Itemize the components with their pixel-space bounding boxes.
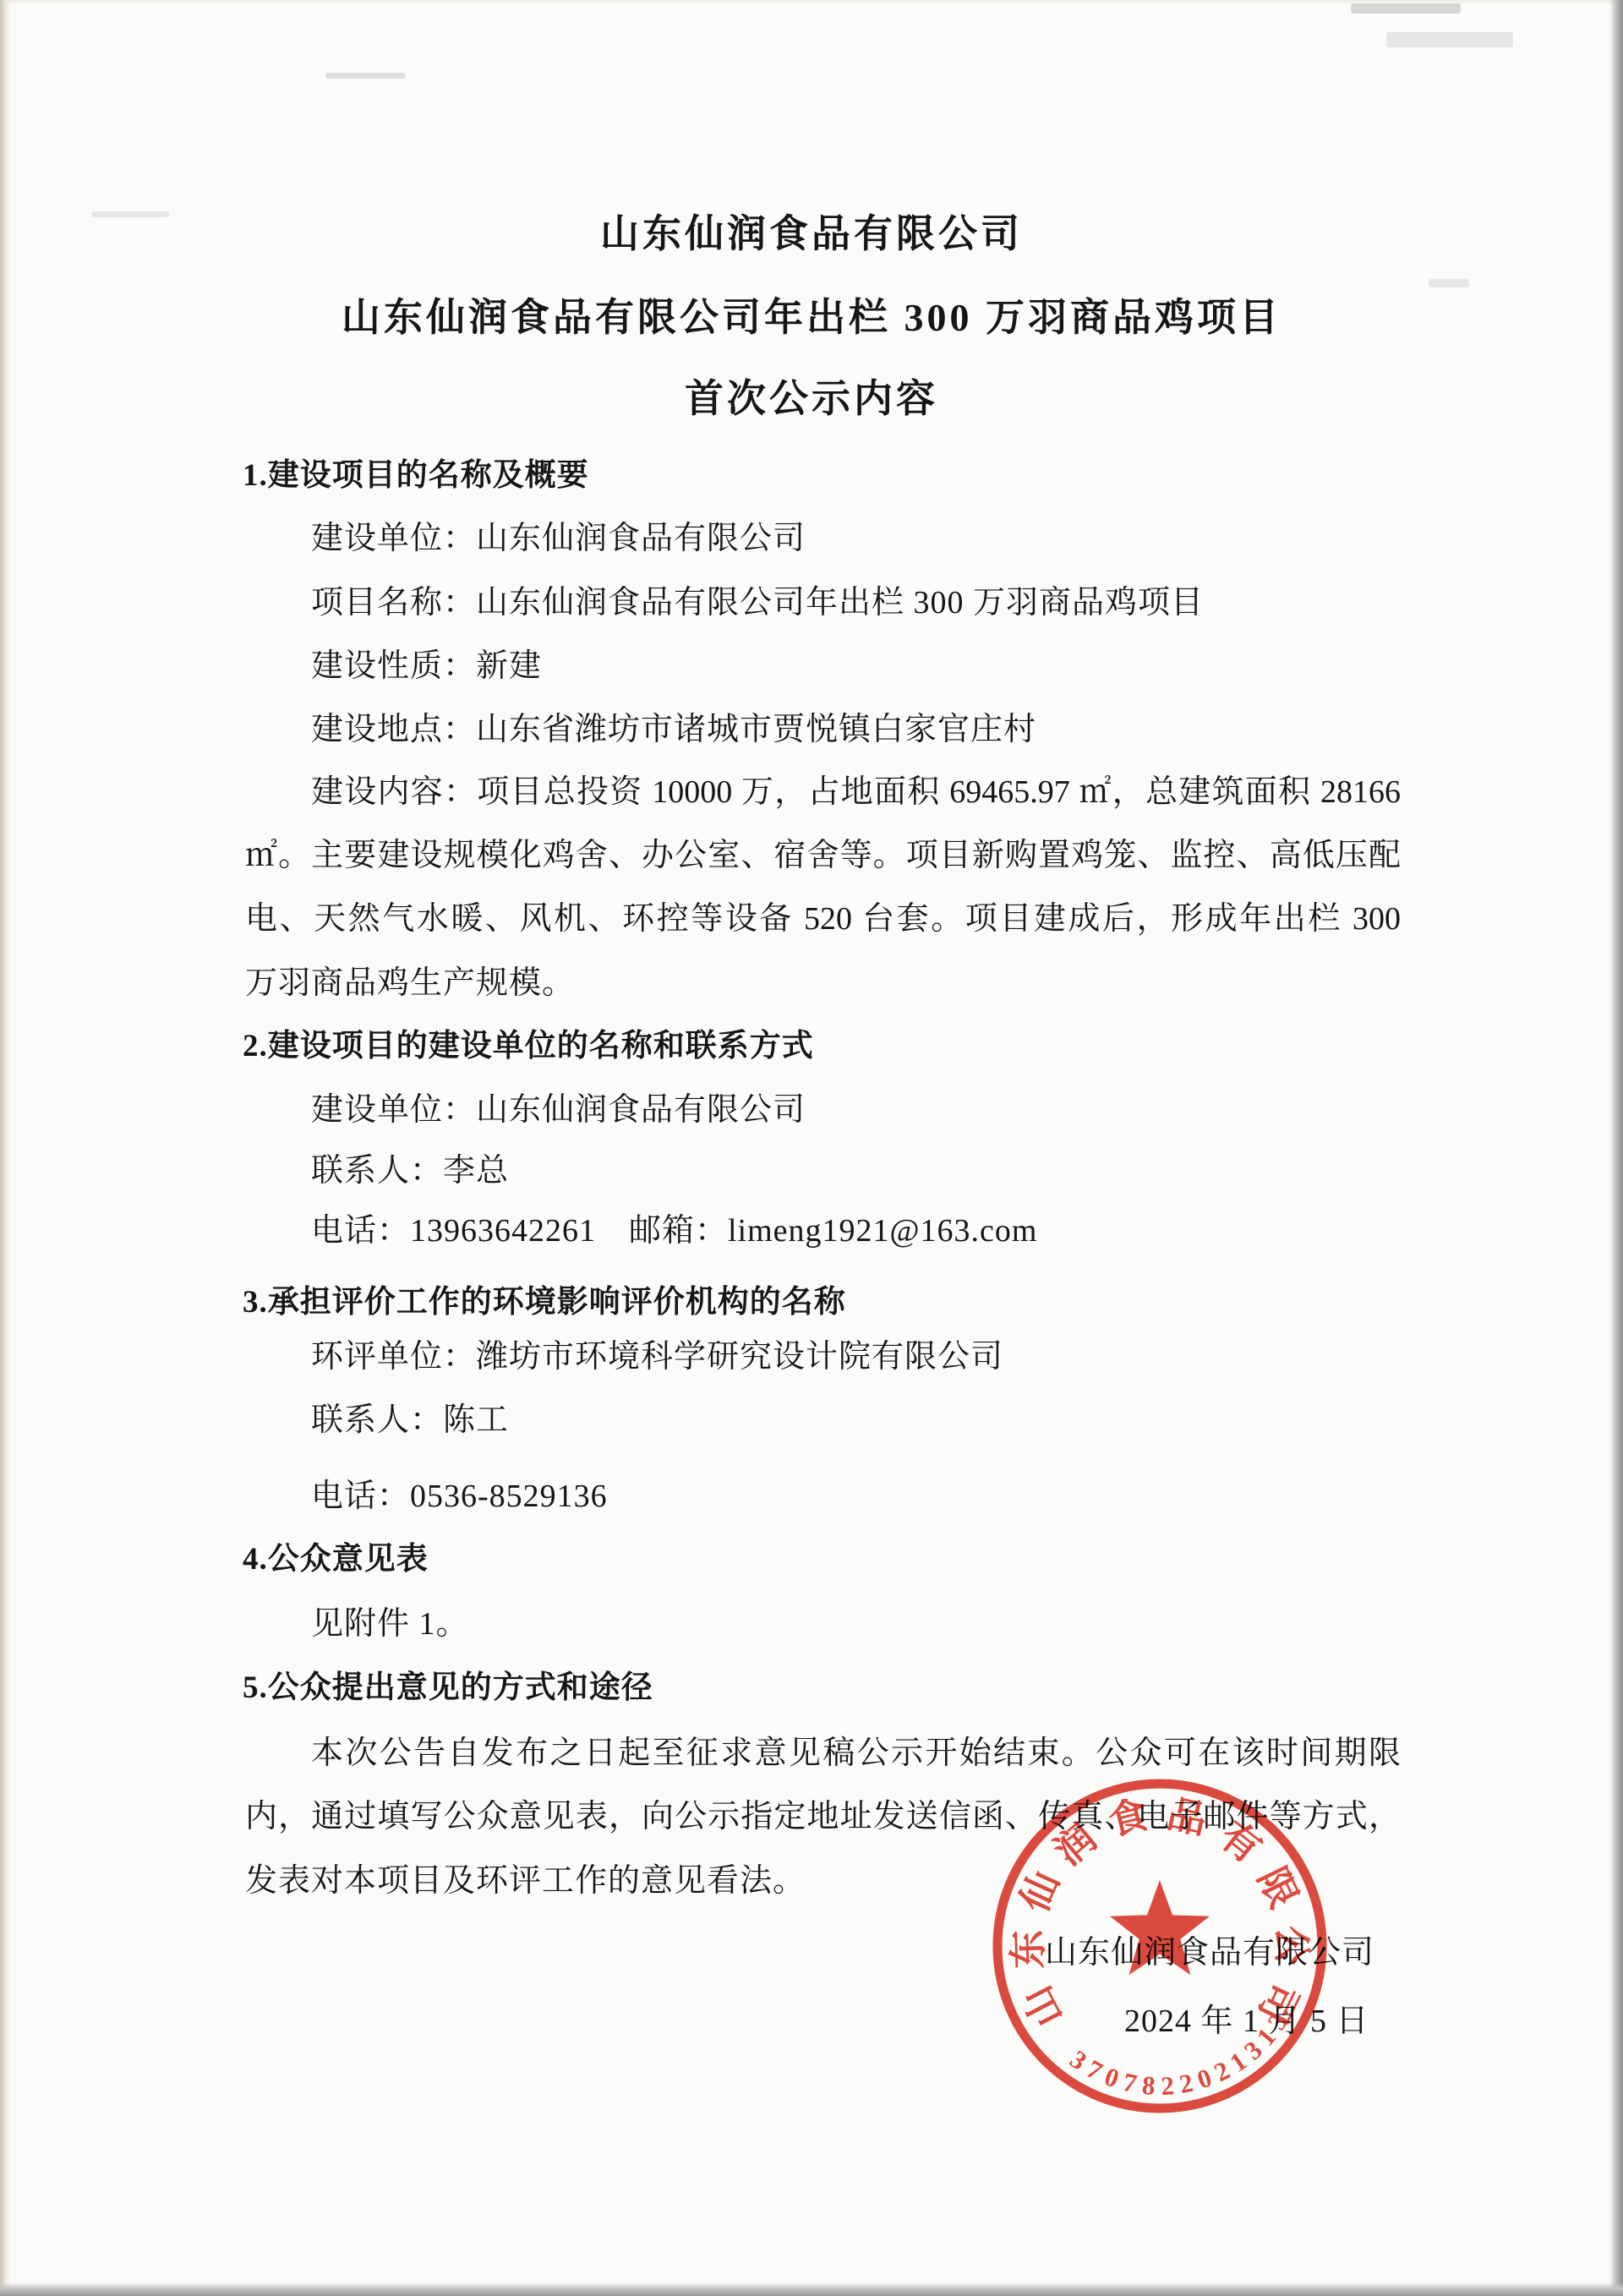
section-1-heading: 1.建设项目的名称及概要 bbox=[243, 456, 589, 495]
scan-edge-left bbox=[0, 0, 10, 2296]
scan-edge-bottom bbox=[0, 2282, 1623, 2296]
project-name-line: 项目名称：山东仙润食品有限公司年出栏 300 万羽商品鸡项目 bbox=[311, 583, 1204, 624]
builder-contact-line: 联系人：李总 bbox=[311, 1151, 509, 1192]
builder-name-line: 建设单位：山东仙润食品有限公司 bbox=[311, 1091, 806, 1131]
project-title: 山东仙润食品有限公司年出栏 300 万羽商品鸡项目 bbox=[0, 293, 1623, 342]
scan-edge-top bbox=[0, 0, 1623, 5]
eia-unit-line: 环评单位：潍坊市环境科学研究设计院有限公司 bbox=[311, 1337, 1003, 1378]
construction-site-line: 建设地点：山东省潍坊市诸城市贾悦镇白家官庄村 bbox=[311, 710, 1036, 751]
section-4-heading: 4.公众意见表 bbox=[243, 1540, 429, 1579]
feedback-period-line-1: 本次公告自发布之日起至征求意见稿公示开始结束。公众可在该时间期限 bbox=[311, 1735, 1401, 1774]
eia-contact-line: 联系人：陈工 bbox=[311, 1401, 509, 1441]
feedback-period-line-3: 发表对本项目及环评工作的意见看法。 bbox=[245, 1861, 806, 1902]
construction-nature-line: 建设性质：新建 bbox=[311, 647, 542, 687]
section-5-heading: 5.公众提出意见的方式和途径 bbox=[243, 1669, 653, 1708]
section-3-heading: 3.承担评价工作的环境影响评价机构的名称 bbox=[243, 1283, 846, 1322]
construction-content-line-3: 电、天然气水暖、风机、环控等设备 520 台套。项目建成后，形成年出栏 300 bbox=[245, 900, 1401, 939]
company-title: 山东仙润食品有限公司 bbox=[0, 210, 1623, 259]
scan-smudge bbox=[325, 73, 406, 79]
construction-content-line-4: 万羽商品鸡生产规模。 bbox=[245, 964, 575, 1004]
notice-subtitle: 首次公示内容 bbox=[0, 374, 1623, 424]
scan-edge-right bbox=[1609, 0, 1623, 2296]
construction-content-line-1: 建设内容：项目总投资 10000 万，占地面积 69465.97 ㎡，总建筑面积… bbox=[311, 774, 1401, 812]
section-2-heading: 2.建设项目的建设单位的名称和联系方式 bbox=[243, 1027, 814, 1066]
builder-phone-email-line: 电话：13963642261 邮箱：limeng1921@163.com bbox=[311, 1211, 1037, 1252]
scanned-document-page: 山东仙润食品有限公司 山东仙润食品有限公司年出栏 300 万羽商品鸡项目 首次公… bbox=[0, 0, 1623, 2296]
eia-phone-line: 电话：0536-8529136 bbox=[311, 1477, 608, 1517]
construction-unit-line: 建设单位：山东仙润食品有限公司 bbox=[311, 519, 806, 560]
scan-smudge bbox=[1429, 279, 1469, 287]
svg-text:3707822021313: 3707822021313 bbox=[1064, 2008, 1293, 2101]
company-seal: 山东仙润食品有限公司 3707822021313 bbox=[982, 1768, 1337, 2124]
attachment-reference-line: 见附件 1。 bbox=[311, 1604, 469, 1645]
seal-star-icon bbox=[1110, 1880, 1210, 1975]
construction-content-line-2: ㎡。主要建设规模化鸡舍、办公室、宿舍等。项目新购置鸡笼、监控、高低压配 bbox=[245, 837, 1401, 876]
scan-smudge bbox=[1386, 32, 1513, 47]
scan-smudge bbox=[1351, 3, 1461, 14]
seal-code-text: 3707822021313 bbox=[1064, 2008, 1293, 2101]
